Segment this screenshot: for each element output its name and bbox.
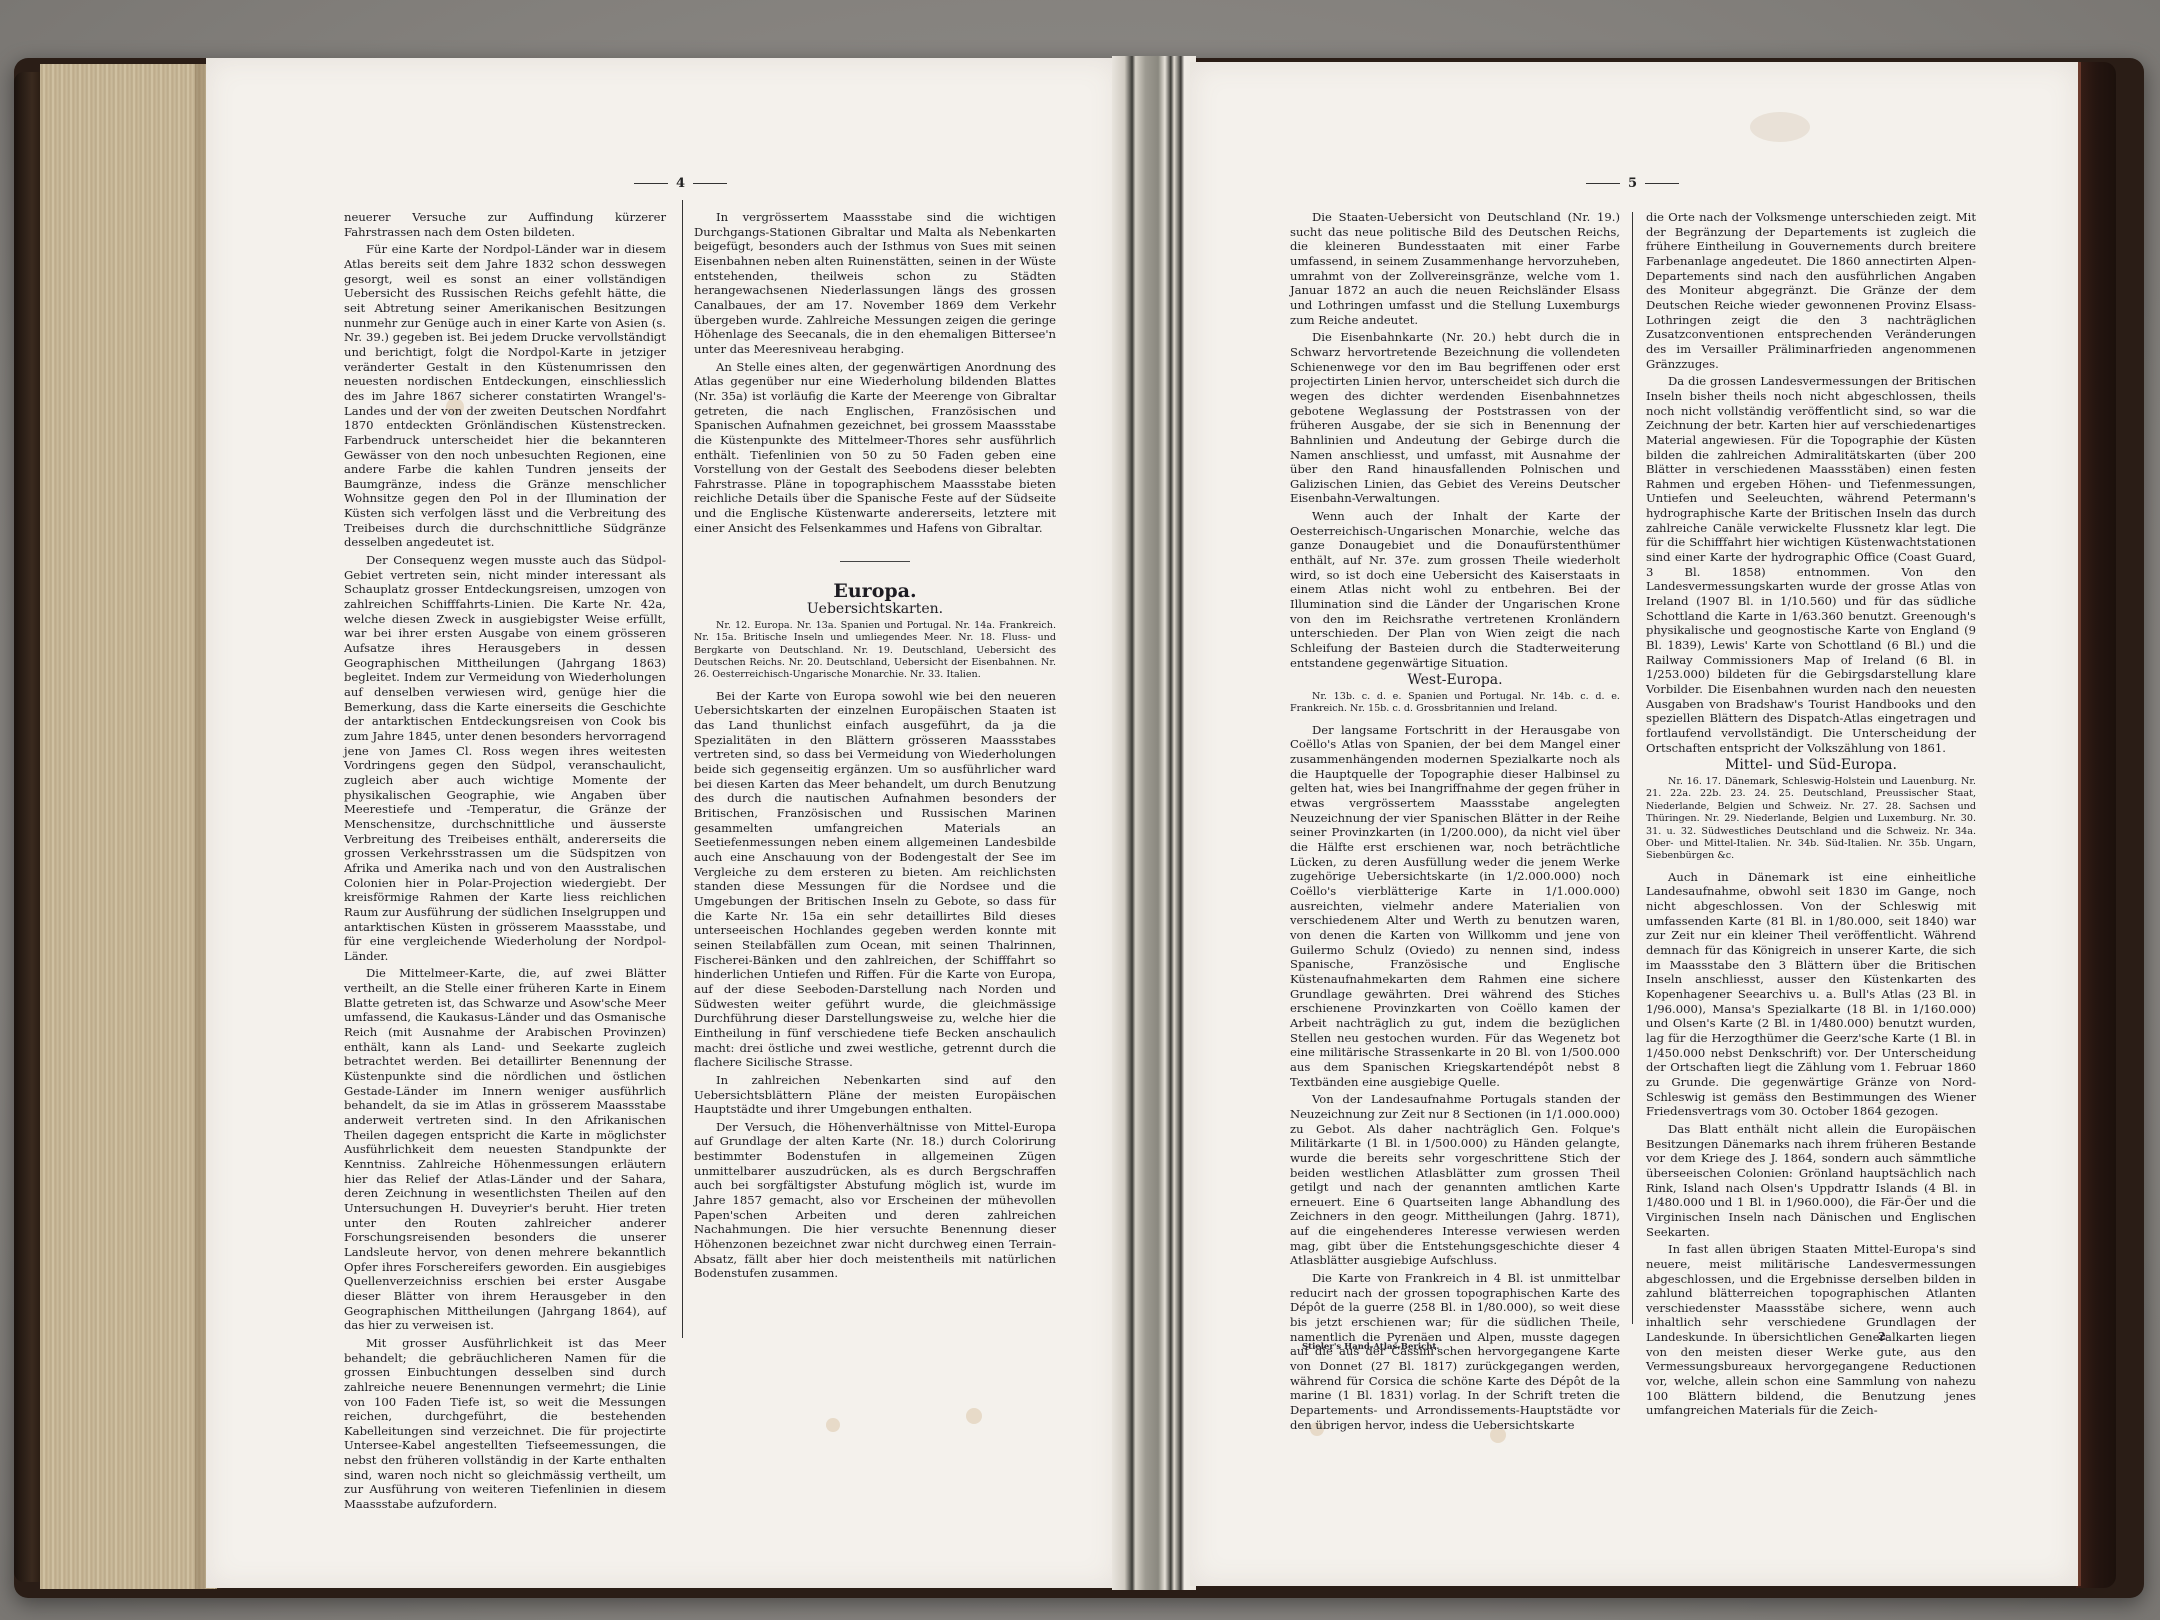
paragraph: Die Staaten-Uebersicht von Deutschland (…: [1290, 210, 1620, 327]
paragraph: Der Versuch, die Höhenverhältnisse von M…: [694, 1120, 1056, 1281]
column-divider: [682, 200, 683, 1338]
map-list: Nr. 12. Europa. Nr. 13a. Spanien und Por…: [694, 620, 1056, 682]
footer-publication-note: Stieler's Hand-Atlas-Bericht.: [1302, 1342, 1439, 1352]
section-title-mittel-sued-europa: Mittel- und Süd-Europa.: [1646, 758, 1976, 773]
header-rule: [634, 183, 668, 184]
paragraph: Der Consequenz wegen musste auch das Süd…: [344, 553, 666, 963]
book-gutter: [1112, 56, 1196, 1590]
map-list: Nr. 13b. c. d. e. Spanien und Portugal. …: [1290, 691, 1620, 716]
paragraph: Die Eisenbahnkarte (Nr. 20.) hebt durch …: [1290, 330, 1620, 506]
section-title-europa: Europa.: [694, 584, 1056, 599]
left-page-number: 4: [626, 176, 735, 191]
header-rule: [693, 183, 727, 184]
section-subtitle: Uebersichtskarten.: [694, 602, 1056, 617]
paragraph: In zahlreichen Nebenkarten sind auf den …: [694, 1073, 1056, 1117]
paragraph: In vergrössertem Maassstabe sind die wic…: [694, 210, 1056, 357]
paragraph: Wenn auch der Inhalt der Karte der Oeste…: [1290, 509, 1620, 670]
right-page-column-1: Die Staaten-Uebersicht von Deutschland (…: [1290, 210, 1620, 1435]
paragraph: Das Blatt enthält nicht allein die Europ…: [1646, 1122, 1976, 1239]
paragraph: In fast allen übrigen Staaten Mittel-Eur…: [1646, 1242, 1976, 1418]
section-rule: [840, 561, 910, 562]
column-divider: [1632, 212, 1633, 1324]
right-page-number: 5: [1578, 176, 1687, 191]
paragraph: Der langsame Fortschritt in der Herausga…: [1290, 723, 1620, 1089]
paragraph: Für eine Karte der Nordpol-Länder war in…: [344, 242, 666, 550]
paragraph: neuerer Versuche zur Auffindung kürzerer…: [344, 210, 666, 239]
paragraph: die Orte nach der Volksmenge unterschied…: [1646, 210, 1976, 371]
paragraph: Die Mittelmeer-Karte, die, auf zwei Blät…: [344, 966, 666, 1332]
paragraph: Mit grosser Ausführlichkeit ist das Meer…: [344, 1336, 666, 1512]
left-page-column-1: neuerer Versuche zur Auffindung kürzerer…: [344, 210, 666, 1515]
book-cover-edge-right: [2076, 62, 2116, 1588]
right-page-column-2: die Orte nach der Volksmenge unterschied…: [1646, 210, 1976, 1421]
paragraph: Von der Landesaufnahme Portugals standen…: [1290, 1092, 1620, 1268]
paragraph: Da die grossen Landesvermessungen der Br…: [1646, 374, 1976, 755]
header-rule: [1586, 183, 1620, 184]
signature-mark: 2: [1878, 1330, 1886, 1343]
map-list: Nr. 16. 17. Dänemark, Schleswig-Holstein…: [1646, 776, 1976, 863]
section-title-west-europa: West-Europa.: [1290, 673, 1620, 688]
page-block-edges: [40, 64, 217, 1589]
paragraph: An Stelle eines alten, der gegenwärtigen…: [694, 360, 1056, 536]
paragraph: Auch in Dänemark ist eine einheitliche L…: [1646, 870, 1976, 1119]
left-page-column-2: In vergrössertem Maassstabe sind die wic…: [694, 210, 1056, 1284]
header-rule: [1645, 183, 1679, 184]
paragraph: Bei der Karte von Europa sowohl wie bei …: [694, 689, 1056, 1070]
